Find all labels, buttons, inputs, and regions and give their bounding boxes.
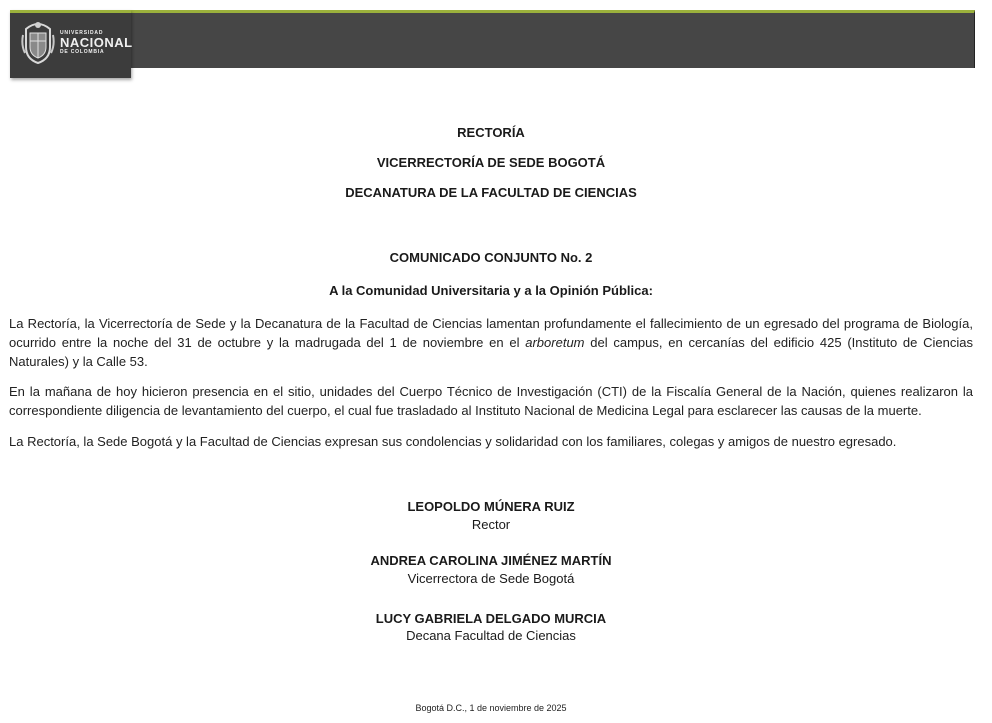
signature-name: ANDREA CAROLINA JIMÉNEZ MARTÍN xyxy=(0,553,982,568)
heading-vicerrectoria: VICERRECTORÍA DE SEDE BOGOTÁ xyxy=(0,155,982,170)
logo-line2: NACIONAL xyxy=(60,36,133,49)
crest-icon xyxy=(21,19,55,65)
header-bar xyxy=(10,10,975,68)
paragraph-1: La Rectoría, la Vicerrectoría de Sede y … xyxy=(9,314,973,371)
signature-name: LUCY GABRIELA DELGADO MURCIA xyxy=(0,611,982,626)
document-title: COMUNICADO CONJUNTO No. 2 xyxy=(0,250,982,265)
signature-role: Rector xyxy=(0,517,982,532)
paragraph-2: En la mañana de hoy hicieron presencia e… xyxy=(9,382,973,420)
signature-name: LEOPOLDO MÚNERA RUIZ xyxy=(0,499,982,514)
signature-role: Decana Facultad de Ciencias xyxy=(0,628,982,643)
heading-rectoria: RECTORÍA xyxy=(0,125,982,140)
heading-decanatura: DECANATURA DE LA FACULTAD DE CIENCIAS xyxy=(0,185,982,200)
paragraph-3: La Rectoría, la Sede Bogotá y la Faculta… xyxy=(9,432,973,451)
university-logo[interactable]: UNIVERSIDAD NACIONAL DE COLOMBIA xyxy=(10,10,131,78)
paragraph-1-italic: arboretum xyxy=(525,335,584,350)
signature-role: Vicerrectora de Sede Bogotá xyxy=(0,571,982,586)
addressee: A la Comunidad Universitaria y a la Opin… xyxy=(0,283,982,298)
date-footer: Bogotá D.C., 1 de noviembre de 2025 xyxy=(0,703,982,713)
